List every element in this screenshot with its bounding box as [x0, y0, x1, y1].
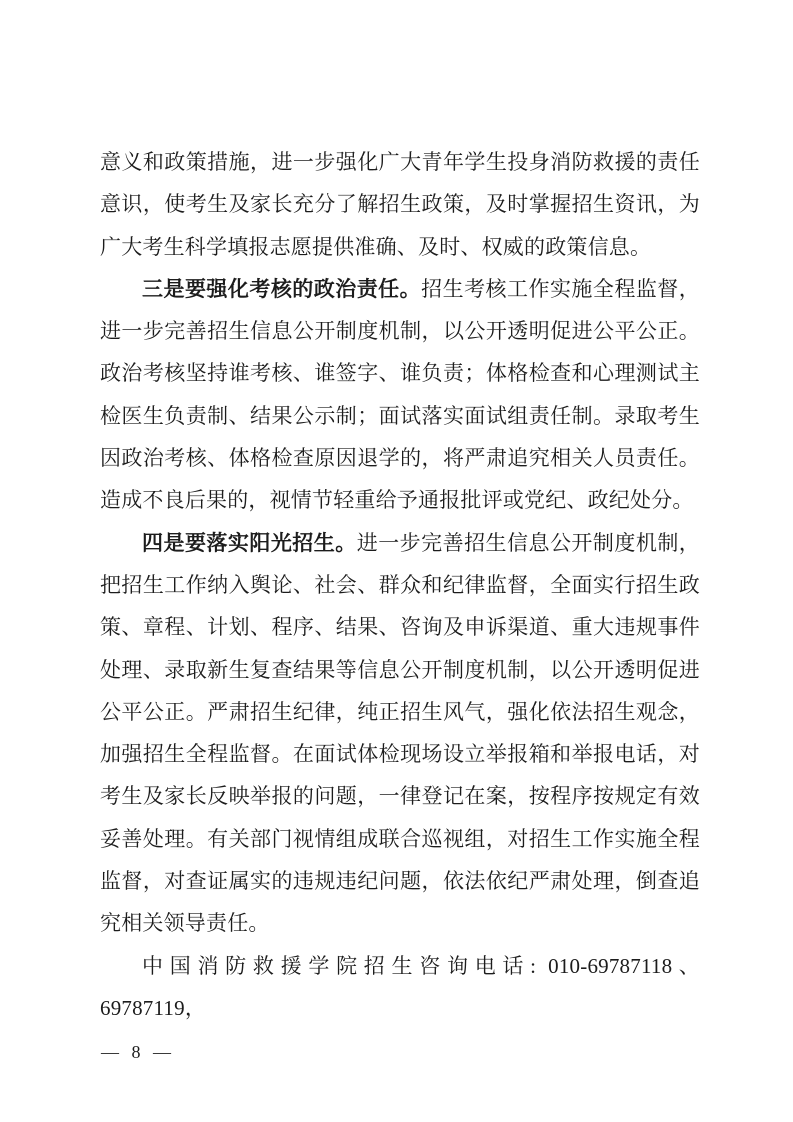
document-body: 意义和政策措施，进一步强化广大青年学生投身消防救援的责任意识，使考生及家长充分了… — [100, 141, 700, 1029]
text-run: 进一步完善招生信息公开制度机制，把招生工作纳入舆论、社会、群众和纪律监督，全面实… — [100, 531, 700, 936]
emphasis-run: 三是要强化考核的政治责任。 — [142, 277, 421, 301]
text-run: 招生考核工作实施全程监督，进一步完善招生信息公开制度机制，以公开透明促进公平公正… — [100, 277, 700, 512]
paragraph: 意义和政策措施，进一步强化广大青年学生投身消防救援的责任意识，使考生及家长充分了… — [100, 141, 700, 268]
text-run: 意义和政策措施，进一步强化广大青年学生投身消防救援的责任意识，使考生及家长充分了… — [100, 150, 700, 259]
page-number: — 8 — — [101, 1040, 175, 1064]
paragraph: 三是要强化考核的政治责任。招生考核工作实施全程监督，进一步完善招生信息公开制度机… — [100, 268, 700, 522]
document-page: 意义和政策措施，进一步强化广大青年学生投身消防救援的责任意识，使考生及家长充分了… — [0, 0, 793, 1122]
emphasis-run: 四是要落实阳光招生。 — [142, 531, 357, 555]
paragraph: 中国消防救援学院招生咨询电话: 010-69787118、69787119， — [100, 945, 700, 1030]
text-run: 中国消防救援学院招生咨询电话: 010-69787118、69787119， — [100, 954, 700, 1020]
paragraph: 四是要落实阳光招生。进一步完善招生信息公开制度机制，把招生工作纳入舆论、社会、群… — [100, 522, 700, 945]
